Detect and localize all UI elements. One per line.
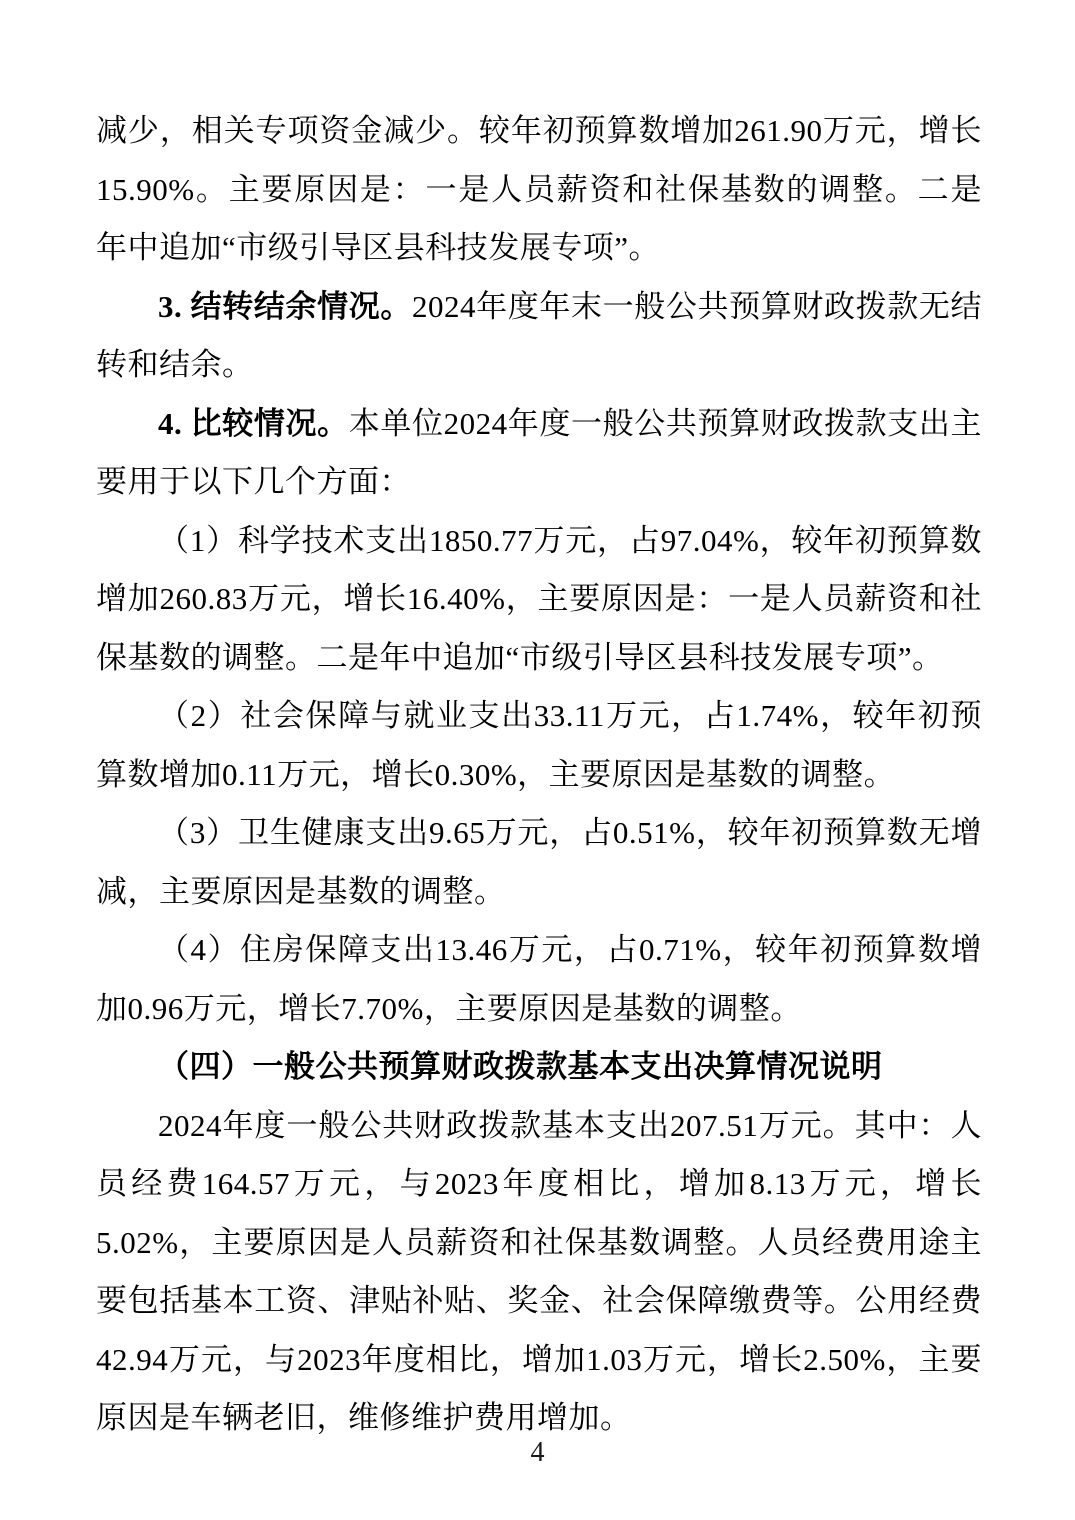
text-run-bold: （四）一般公共预算财政拨款基本支出决算情况说明: [158, 1049, 883, 1084]
text-run: （2）社会保障与就业支出33.11万元，占1.74%，较年初预算数增加0.11万…: [96, 698, 982, 792]
text-run: （4）住房保障支出13.46万元，占0.71%，较年初预算数增加0.96万元，增…: [96, 932, 982, 1026]
para-item-2-social-security: （2）社会保障与就业支出33.11万元，占1.74%，较年初预算数增加0.11万…: [96, 687, 982, 804]
para-continuation: 减少，相关专项资金减少。较年初预算数增加261.90万元，增长15.90%。主要…: [96, 102, 982, 278]
document-page: 减少，相关专项资金减少。较年初预算数增加261.90万元，增长15.90%。主要…: [0, 0, 1075, 1520]
text-run: 减少，相关专项资金减少。较年初预算数增加261.90万元，增长15.90%。主要…: [96, 113, 982, 265]
para-item-3-health: （3）卫生健康支出9.65万元，占0.51%，较年初预算数无增减，主要原因是基数…: [96, 804, 982, 921]
text-run: 2024年度一般公共财政拨款基本支出207.51万元。其中：人员经费164.57…: [96, 1108, 982, 1436]
para-comparison: 4. 比较情况。本单位2024年度一般公共预算财政拨款支出主要用于以下几个方面：: [96, 395, 982, 512]
heading-section-four: （四）一般公共预算财政拨款基本支出决算情况说明: [96, 1038, 982, 1097]
para-item-1-science-technology: （1）科学技术支出1850.77万元，占97.04%，较年初预算数增加260.8…: [96, 512, 982, 688]
para-basic-expenditure: 2024年度一般公共财政拨款基本支出207.51万元。其中：人员经费164.57…: [96, 1097, 982, 1448]
text-run-bold: 3. 结转结余情况。: [158, 289, 412, 324]
text-run-bold: 4. 比较情况。: [158, 406, 349, 441]
para-carryover-balance: 3. 结转结余情况。2024年度年末一般公共预算财政拨款无结转和结余。: [96, 278, 982, 395]
text-run: （3）卫生健康支出9.65万元，占0.51%，较年初预算数无增减，主要原因是基数…: [96, 815, 982, 909]
document-body: 减少，相关专项资金减少。较年初预算数增加261.90万元，增长15.90%。主要…: [96, 102, 982, 1448]
para-item-4-housing: （4）住房保障支出13.46万元，占0.71%，较年初预算数增加0.96万元，增…: [96, 921, 982, 1038]
text-run: （1）科学技术支出1850.77万元，占97.04%，较年初预算数增加260.8…: [96, 523, 982, 675]
page-number: 4: [0, 1436, 1075, 1470]
